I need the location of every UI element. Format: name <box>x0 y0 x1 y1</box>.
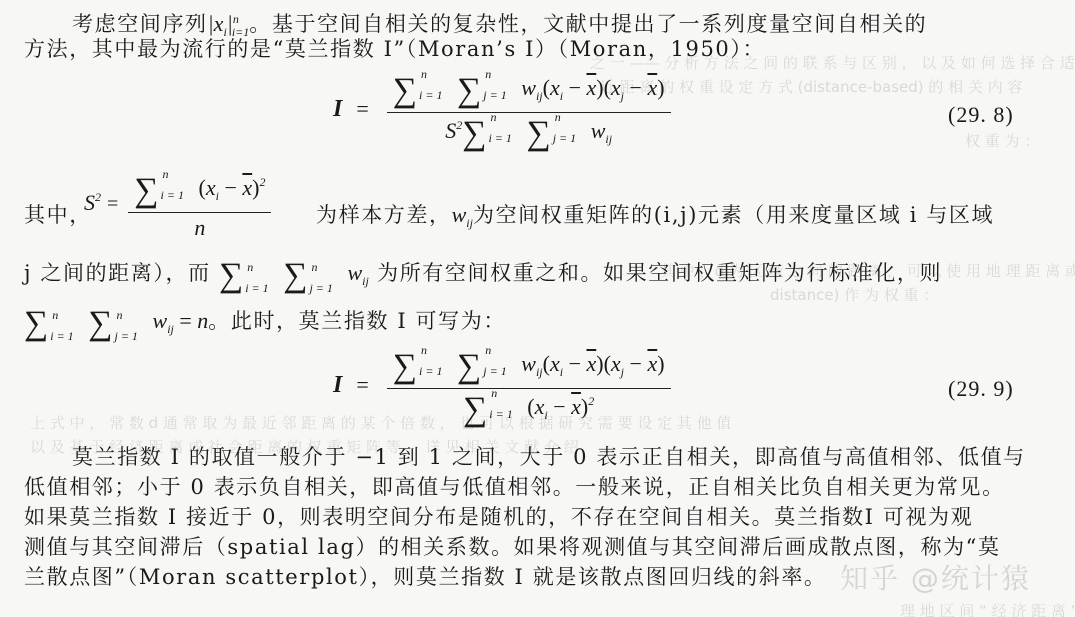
equation-29-9-denominator: ∑ni = 1(xi − x)2 <box>387 391 671 429</box>
equation-number-29-8: (29. 8) <box>948 102 1014 128</box>
equation-29-8-denominator: S2∑ni = 1∑nj = 1wij <box>387 115 671 153</box>
scanned-page: 之 一 —— 分 析 方 法 之 间 的 联 系 与 区 别 ， 以 及 如 何… <box>0 0 1075 617</box>
sum-of-weights-equals-n: ∑ni = 1∑nj = 1wij = n <box>24 308 208 333</box>
paragraph-2-line-1-rest: 为样本方差，wij为空间权重矩阵的(i,j)元素（用来度量区域 i 与区域 <box>316 200 994 238</box>
paragraph-3-line-3: 如果莫兰指数 I 接近于 0，则表明空间分布是随机的，不存在空间自相关。莫兰指数… <box>24 502 973 532</box>
equation-29-8: I= ∑ni = 1∑nj = 1wij(xi − x)(xj − x) S2∑… <box>333 72 671 153</box>
equation-29-9-numerator: ∑ni = 1∑nj = 1wij(xi − x)(xj − x) <box>387 348 671 386</box>
equation-29-8-numerator: ∑ni = 1∑nj = 1wij(xi − x)(xj − x) <box>387 72 671 110</box>
equation-29-9-fraction: ∑ni = 1∑nj = 1wij(xi − x)(xj − x) ∑ni = … <box>387 348 671 429</box>
equation-29-8-fraction: ∑ni = 1∑nj = 1wij(xi − x)(xj − x) S2∑ni … <box>387 72 671 153</box>
equation-number-29-9: (29. 9) <box>948 376 1014 402</box>
s2-fraction: ∑ni = 1(xi − x)2 n <box>128 172 271 241</box>
equation-s2-definition: S2= ∑ni = 1(xi − x)2 n <box>84 172 271 241</box>
zhihu-watermark: 知乎 @统计猿 <box>840 557 1031 597</box>
paragraph-2-line-3: ∑ni = 1∑nj = 1wij = n。此时，莫兰指数 I 可写为： <box>24 306 506 344</box>
sequence-notation: |xi|ni=1 <box>208 11 250 36</box>
paragraph-3-line-1: 莫兰指数 I 的取值一般介于 −1 到 1 之间，大于 0 表示正自相关，即高值… <box>72 442 1026 472</box>
sum-of-weights: ∑ni = 1∑nj = 1wij <box>219 260 369 285</box>
bleed-through-text: 理 地 区 间 “ 经 济 距 离 ” <box>900 600 1075 617</box>
paragraph-3-line-5: 兰散点图”（Moran scatterplot），则莫兰指数 I 就是该散点图回… <box>24 562 827 592</box>
paragraph-1-line-2: 方法，其中最为流行的是“莫兰指数 I”（Moran’s I）（Moran，195… <box>24 34 765 64</box>
paragraph-3-line-2: 低值相邻；小于 0 表示负自相关，即高值与低值相邻。一般来说，正自相关比负自相关… <box>24 472 1005 502</box>
paragraph-2-line-1: 其中， <box>24 200 92 230</box>
bleed-through-text: 权 重 为 ： <box>965 130 1039 151</box>
equation-29-9: I= ∑ni = 1∑nj = 1wij(xi − x)(xj − x) ∑ni… <box>333 348 671 429</box>
paragraph-2-line-2: j 之间的距离），而 ∑ni = 1∑nj = 1wij 为所有空间权重之和。如… <box>24 258 942 296</box>
